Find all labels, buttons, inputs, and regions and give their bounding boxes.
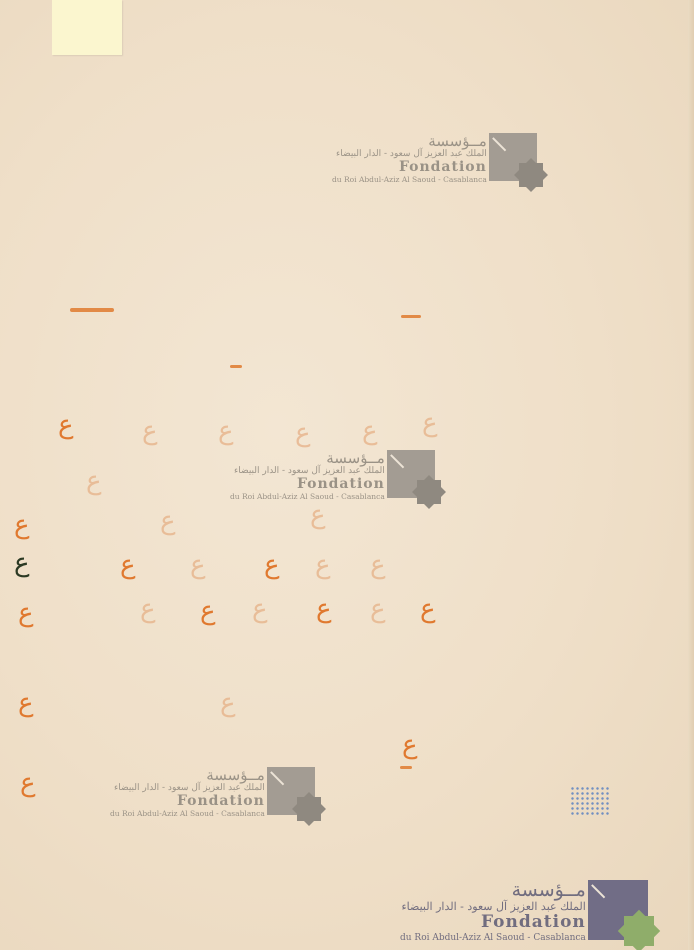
watermark-french-title: Fondation bbox=[400, 913, 586, 932]
ink-mark: ع bbox=[420, 596, 436, 622]
ink-dash bbox=[230, 365, 242, 368]
watermark-french-title: Fondation bbox=[332, 160, 487, 175]
watermark-arabic-title: مــؤسسة bbox=[332, 133, 487, 149]
watermark-french-subtitle: du Roi Abdul-Aziz Al Saoud - Casablanca bbox=[400, 932, 586, 944]
ink-mark: ع bbox=[295, 420, 311, 446]
foundation-logo-icon bbox=[489, 133, 537, 181]
watermark-arabic-title: مــؤسسة bbox=[110, 767, 265, 783]
watermark: مــؤسسة الملك عبد العزيز آل سعود - الدار… bbox=[332, 133, 537, 185]
ink-mark: ع bbox=[220, 690, 236, 716]
watermark-french-title: Fondation bbox=[110, 794, 265, 809]
ink-dash bbox=[401, 315, 421, 318]
ink-mark: ع bbox=[14, 512, 30, 538]
blue-ink-stain bbox=[570, 786, 610, 816]
ink-mark: ع bbox=[402, 732, 418, 758]
foundation-logo-icon bbox=[267, 767, 315, 815]
paper-edge bbox=[688, 0, 694, 950]
watermark-french-subtitle: du Roi Abdul-Aziz Al Saoud - Casablanca bbox=[110, 809, 265, 819]
ink-mark: ع bbox=[218, 418, 234, 444]
ink-mark: ع bbox=[18, 600, 34, 626]
ink-mark: ع bbox=[140, 596, 156, 622]
ink-mark: ع bbox=[190, 552, 206, 578]
ink-mark: ع bbox=[316, 596, 332, 622]
watermark-french-subtitle: du Roi Abdul-Aziz Al Saoud - Casablanca bbox=[230, 492, 385, 502]
ink-mark: ع bbox=[264, 552, 280, 578]
ink-mark: ع bbox=[14, 550, 30, 576]
watermark-arabic-title: مــؤسسة bbox=[230, 450, 385, 466]
sticky-note bbox=[52, 0, 122, 55]
foundation-logo-icon bbox=[387, 450, 435, 498]
ink-mark: ع bbox=[200, 598, 216, 624]
watermark: مــؤسسة الملك عبد العزيز آل سعود - الدار… bbox=[400, 880, 648, 944]
ink-mark: ع bbox=[20, 770, 36, 796]
watermark: مــؤسسة الملك عبد العزيز آل سعود - الدار… bbox=[230, 450, 435, 502]
ink-mark: ع bbox=[18, 690, 34, 716]
ink-mark: ع bbox=[58, 412, 74, 438]
watermark-arabic-title: مــؤسسة bbox=[400, 880, 586, 900]
ink-mark: ع bbox=[160, 508, 176, 534]
ink-dash bbox=[70, 308, 114, 312]
ink-mark: ع bbox=[310, 502, 326, 528]
ink-dash bbox=[400, 766, 412, 769]
watermark-french-subtitle: du Roi Abdul-Aziz Al Saoud - Casablanca bbox=[332, 175, 487, 185]
ink-mark: ع bbox=[362, 418, 378, 444]
ink-mark: ع bbox=[370, 596, 386, 622]
ink-mark: ع bbox=[86, 468, 102, 494]
ink-mark: ع bbox=[315, 552, 331, 578]
watermark: مــؤسسة الملك عبد العزيز آل سعود - الدار… bbox=[110, 767, 315, 819]
ink-mark: ع bbox=[252, 596, 268, 622]
foundation-logo-icon bbox=[588, 880, 648, 940]
ink-mark: ع bbox=[142, 418, 158, 444]
ink-mark: ع bbox=[120, 552, 136, 578]
ink-mark: ع bbox=[422, 410, 438, 436]
watermark-french-title: Fondation bbox=[230, 477, 385, 492]
ink-mark: ع bbox=[370, 552, 386, 578]
